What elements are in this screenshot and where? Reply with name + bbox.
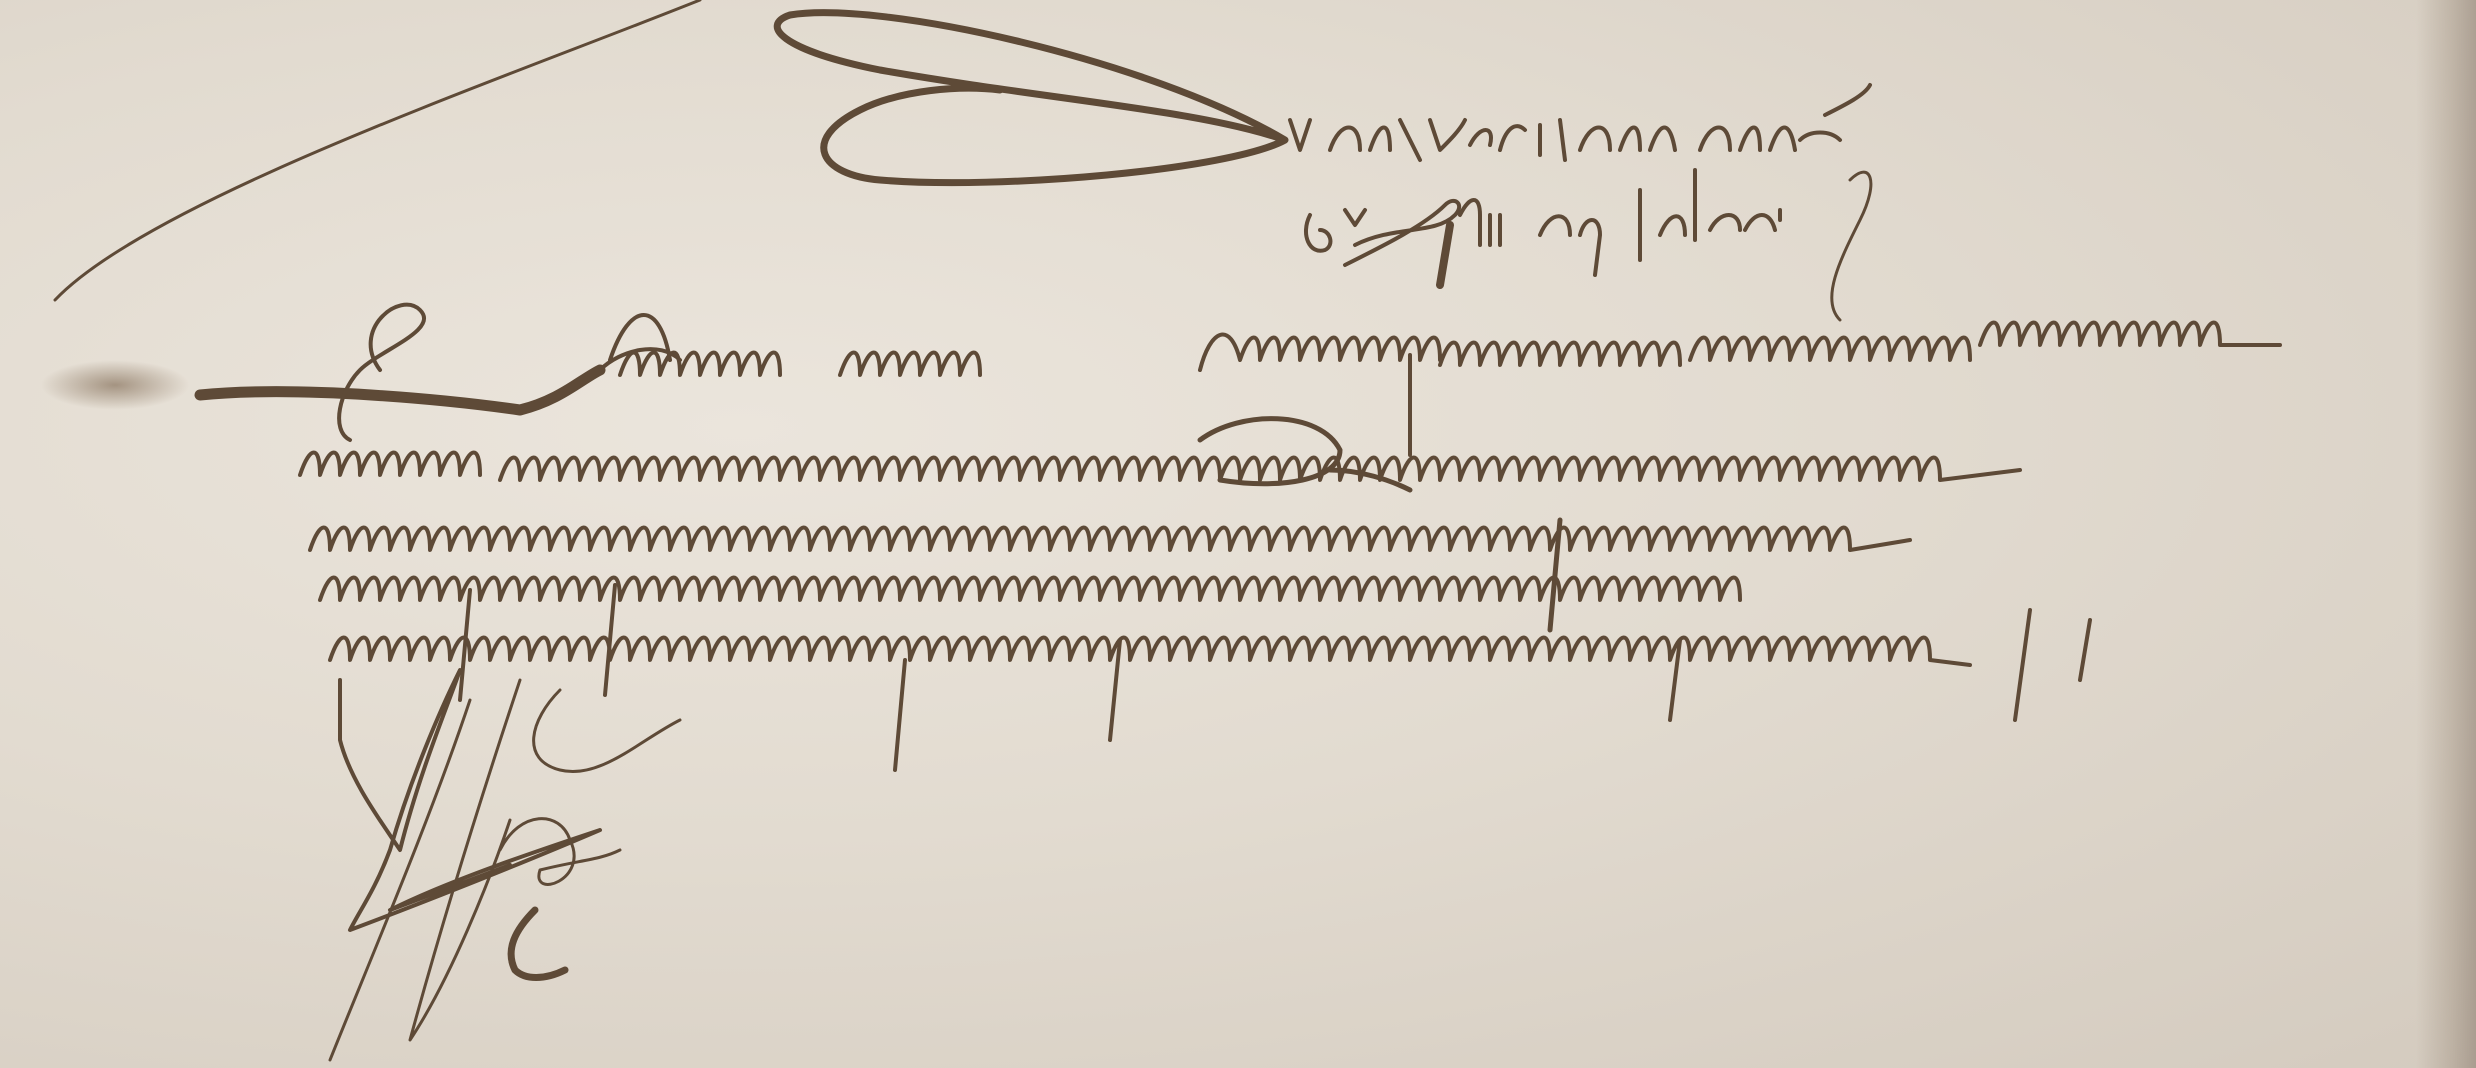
manuscript-page: Du dixseptiesme mars Vᶜ iiiiˣˣ ay ensuiv… [0, 0, 2476, 1068]
handwriting-strokes [0, 0, 2476, 1068]
